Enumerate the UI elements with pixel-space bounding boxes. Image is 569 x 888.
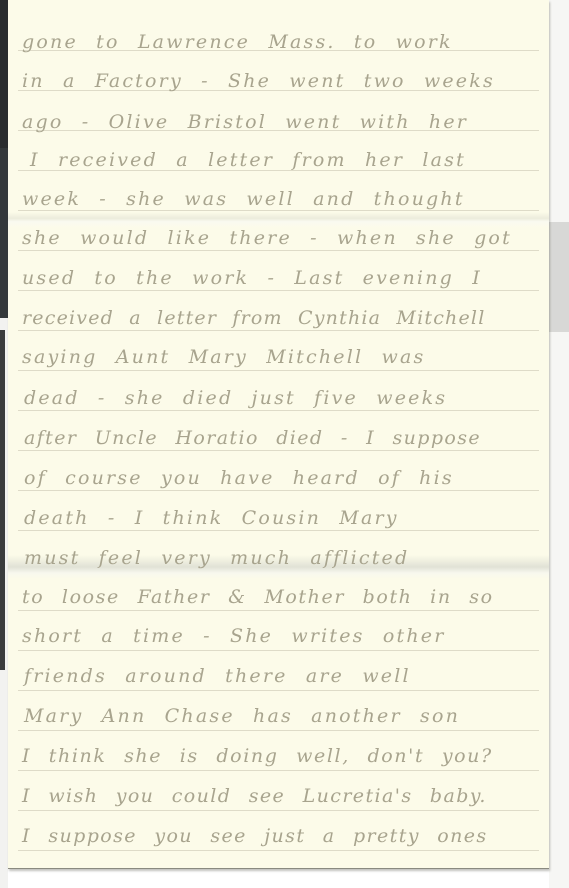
handwritten-line: I wish you could see Lucretia's baby. (22, 784, 531, 808)
handwritten-line: in a Factory - She went two weeks (22, 69, 531, 93)
handwritten-line: saying Aunt Mary Mitchell was (22, 345, 531, 369)
handwritten-line: of course you have heard of his (24, 466, 531, 490)
handwritten-line: she would like there - when she got (22, 226, 531, 250)
ruled-line (18, 810, 539, 811)
ruled-line (18, 770, 539, 771)
letter-scan: gone to Lawrence Mass. to work in a Fact… (0, 0, 569, 888)
ruled-line (18, 290, 539, 291)
ruled-line (18, 370, 539, 371)
ruled-line (18, 410, 539, 411)
handwritten-line: friends around there are well (24, 664, 531, 688)
ruled-line (18, 850, 539, 851)
letter-paper: gone to Lawrence Mass. to work in a Fact… (8, 0, 549, 869)
ruled-line (18, 250, 539, 251)
handwritten-line: I think she is doing well, don't you? (22, 744, 531, 768)
handwritten-line: death - I think Cousin Mary (24, 506, 531, 530)
ruled-line (18, 690, 539, 691)
handwritten-line: received a letter from Cynthia Mitchell (22, 306, 531, 330)
scan-border-right (549, 222, 569, 332)
ruled-line (18, 330, 539, 331)
handwritten-line: after Uncle Horatio died - I suppose (24, 426, 531, 450)
handwritten-line: used to the work - Last evening I (22, 266, 531, 290)
scan-border-right (549, 0, 569, 888)
handwritten-line: I received a letter from her last (30, 148, 531, 172)
handwritten-line: Mary Ann Chase has another son (24, 704, 531, 728)
ruled-line (18, 650, 539, 651)
ruled-line (18, 530, 539, 531)
handwritten-line: I suppose you see just a pretty ones (22, 824, 531, 848)
handwritten-line: gone to Lawrence Mass. to work (22, 30, 531, 54)
scan-border-left (0, 0, 8, 148)
handwritten-line: ago - Olive Bristol went with her (22, 110, 531, 134)
handwritten-line: short a time - She writes other (22, 624, 531, 648)
scan-border-left (0, 330, 5, 670)
handwritten-line: dead - she died just five weeks (24, 386, 531, 410)
scan-border-left (0, 148, 8, 318)
handwritten-line: to loose Father & Mother both in so (22, 585, 531, 609)
handwritten-line: must feel very much afflicted (24, 546, 531, 570)
ruled-line (18, 450, 539, 451)
ruled-line (18, 730, 539, 731)
handwritten-line: week - she was well and thought (22, 187, 531, 211)
ruled-line (18, 490, 539, 491)
ruled-line (18, 610, 539, 611)
